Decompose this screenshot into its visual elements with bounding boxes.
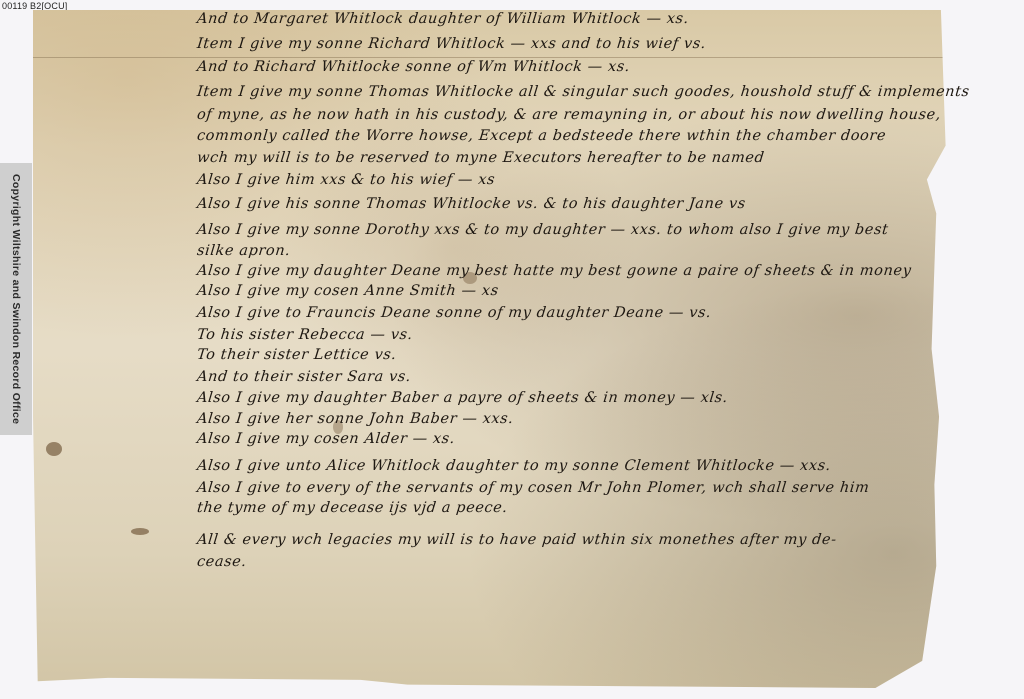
manuscript-line: the tyme of my decease ijs vjd a peece. [196,500,508,516]
manuscript-line: Also I give my daughter Deane my best ha… [196,263,912,279]
manuscript-line: Also I give my daughter Baber a payre of… [196,390,729,406]
manuscript-line: cease. [196,554,247,570]
manuscript-line: Also I give my sonne Dorothy xxs & to my… [196,222,889,238]
manuscript-line: Also I give my cosen Anne Smith — xs [196,283,499,299]
manuscript-line: Also I give my cosen Alder — xs. [196,431,456,447]
manuscript-line: And to Margaret Whitlock daughter of Wil… [196,11,690,27]
manuscript-line: Also I give to every of the servants of … [196,480,870,496]
manuscript-line: Item I give my sonne Thomas Whitlocke al… [196,84,970,100]
manuscript-line: wch my will is to be reserved to myne Ex… [196,150,765,166]
manuscript-line: Also I give his sonne Thomas Whitlocke v… [196,196,746,212]
manuscript-line: Item I give my sonne Richard Whitlock — … [196,36,707,52]
manuscript-line: All & every wch legacies my will is to h… [196,532,837,548]
manuscript-line: commonly called the Worre howse, Except … [196,128,887,144]
manuscript-line: Also I give him xxs & to his wief — xs [196,172,496,188]
manuscript-line: Also I give unto Alice Whitlock daughter… [196,458,832,474]
manuscript-line: To their sister Lettice vs. [196,347,397,363]
manuscript-line: And to their sister Sara vs. [196,369,412,385]
manuscript-line: Also I give her sonne John Baber — xxs. [196,411,514,427]
manuscript-line: silke apron. [196,243,291,259]
manuscript-line: Also I give to Frauncis Deane sonne of m… [196,305,712,321]
manuscript-line: And to Richard Whitlocke sonne of Wm Whi… [196,59,631,75]
document-viewer: 00119 B2[OCU] Copyright Wiltshire and Sw… [0,0,1024,699]
manuscript-text: And to Margaret Whitlock daughter of Wil… [0,0,1024,699]
manuscript-line: of myne, as he now hath in his custody, … [196,107,942,123]
manuscript-line: To his sister Rebecca — vs. [196,327,413,343]
